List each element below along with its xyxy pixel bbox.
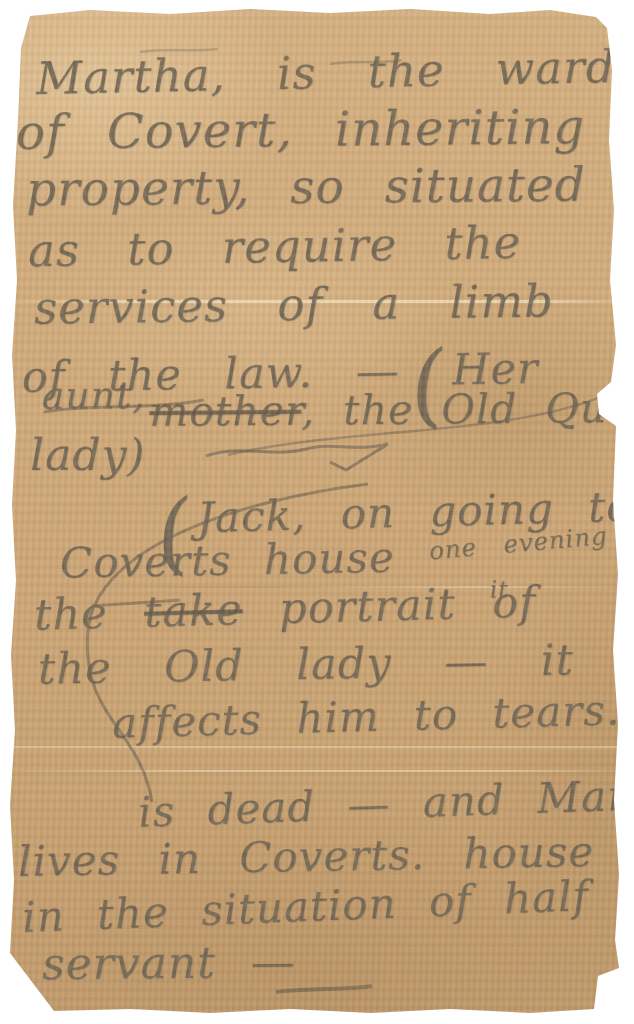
inserted-word: aunt, xyxy=(42,373,146,418)
line-text: , the Old Quaker xyxy=(301,383,634,435)
handwritten-line-3: property, so situated xyxy=(26,158,586,218)
paper-crease xyxy=(0,770,634,772)
paper-crease xyxy=(0,746,634,750)
scan-background: Martha, is the ward of Covert, inheritin… xyxy=(0,0,634,1024)
line-text: property, so situated xyxy=(26,158,586,218)
line-text: of Covert, inheriting xyxy=(16,99,586,161)
handwritten-line-5: services of a limb xyxy=(34,274,554,334)
line-text: servant — xyxy=(42,937,296,990)
handwritten-line-8: lady) xyxy=(30,430,146,481)
manuscript-paper: Martha, is the ward of Covert, inheritin… xyxy=(0,0,634,1024)
line-text: is dead — and Martha xyxy=(137,768,634,837)
handwritten-line-1: Martha, is the ward xyxy=(36,40,616,105)
handwritten-line-2: of Covert, inheriting xyxy=(16,99,586,161)
handwritten-line-12: the Old lady — it xyxy=(38,635,575,694)
line-text: lady) xyxy=(30,430,146,481)
dash-squiggle xyxy=(206,444,388,470)
handwritten-line-7: aunt,mother, the Old Quaker xyxy=(42,383,634,437)
handwritten-line-4: as to require the xyxy=(28,216,522,278)
line-text: services of a limb xyxy=(34,274,554,334)
struck-word: mother xyxy=(149,387,301,436)
line-text: as to require the xyxy=(28,216,522,278)
handwritten-line-14: is dead — and Martha xyxy=(137,768,634,837)
handwritten-line-17: servant — xyxy=(42,937,296,990)
line-text: Coverts house xyxy=(60,533,395,588)
struck-word: take xyxy=(143,585,243,638)
handwritten-line-11: the take portrait ofit xyxy=(33,577,539,640)
interline-note: it xyxy=(489,575,509,603)
line-text: affects him to tears. xyxy=(111,685,620,747)
handwritten-line-13: affects him to tears. xyxy=(111,685,620,747)
line-text: the Old lady — it xyxy=(38,635,575,694)
line-text: Martha, is the ward xyxy=(36,40,616,105)
line-text: the xyxy=(33,589,108,641)
